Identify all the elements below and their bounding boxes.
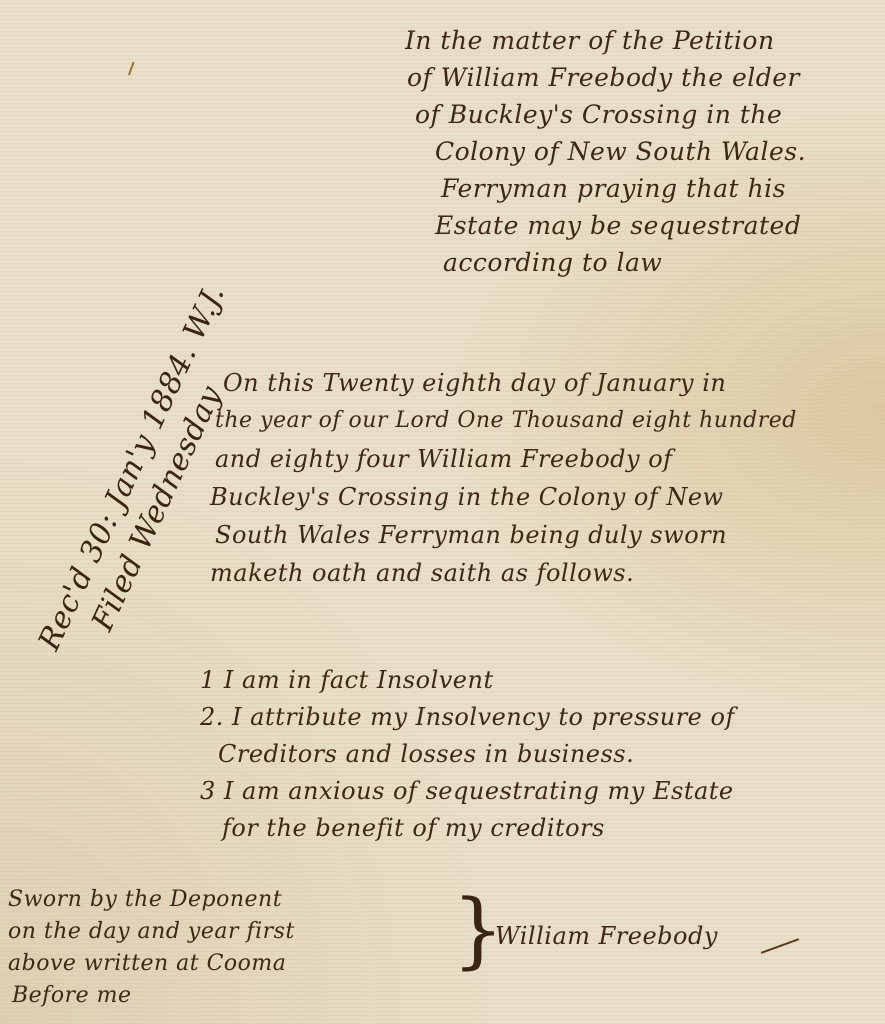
heading-line: according to law [443, 244, 806, 281]
heading-line: Colony of New South Wales. [435, 133, 806, 170]
statement-3-continued: for the benefit of my creditors [222, 810, 735, 847]
jurat-line: above written at Cooma [8, 948, 295, 980]
jurat-line: on the day and year first [8, 916, 295, 948]
jurat-line: Sworn by the Deponent [8, 884, 295, 916]
statement-3: 3 I am anxious of sequestrating my Estat… [200, 773, 735, 810]
pencil-mark [128, 62, 142, 79]
preamble-line: On this Twenty eighth day of January in [223, 364, 797, 402]
statement-2-continued: Creditors and losses in business. [218, 736, 735, 773]
statement-2: 2. I attribute my Insolvency to pressure… [200, 699, 735, 736]
jurat-block: Sworn by the Deponent on the day and yea… [8, 884, 295, 1012]
preamble-line: maketh oath and saith as follows. [210, 554, 797, 592]
numbered-statements: 1 I am in fact Insolvent 2. I attribute … [200, 662, 735, 847]
document-heading: In the matter of the Petition of William… [405, 22, 806, 281]
preamble-line: and eighty four William Freebody of [215, 440, 797, 478]
heading-line: of Buckley's Crossing in the [415, 96, 806, 133]
heading-line: In the matter of the Petition [405, 22, 806, 59]
heading-line: Ferryman praying that his [441, 170, 806, 207]
signature-flourish [761, 938, 799, 954]
affidavit-preamble: On this Twenty eighth day of January in … [215, 364, 797, 592]
heading-line: of William Freebody the elder [407, 59, 806, 96]
preamble-line: South Wales Ferryman being duly sworn [215, 516, 797, 554]
preamble-line: the year of our Lord One Thousand eight … [215, 402, 797, 440]
statement-1: 1 I am in fact Insolvent [200, 662, 735, 699]
jurat-line: Before me [12, 980, 295, 1012]
preamble-line: Buckley's Crossing in the Colony of New [210, 478, 797, 516]
heading-line: Estate may be sequestrated [435, 207, 806, 244]
deponent-signature: William Freebody [495, 922, 718, 950]
